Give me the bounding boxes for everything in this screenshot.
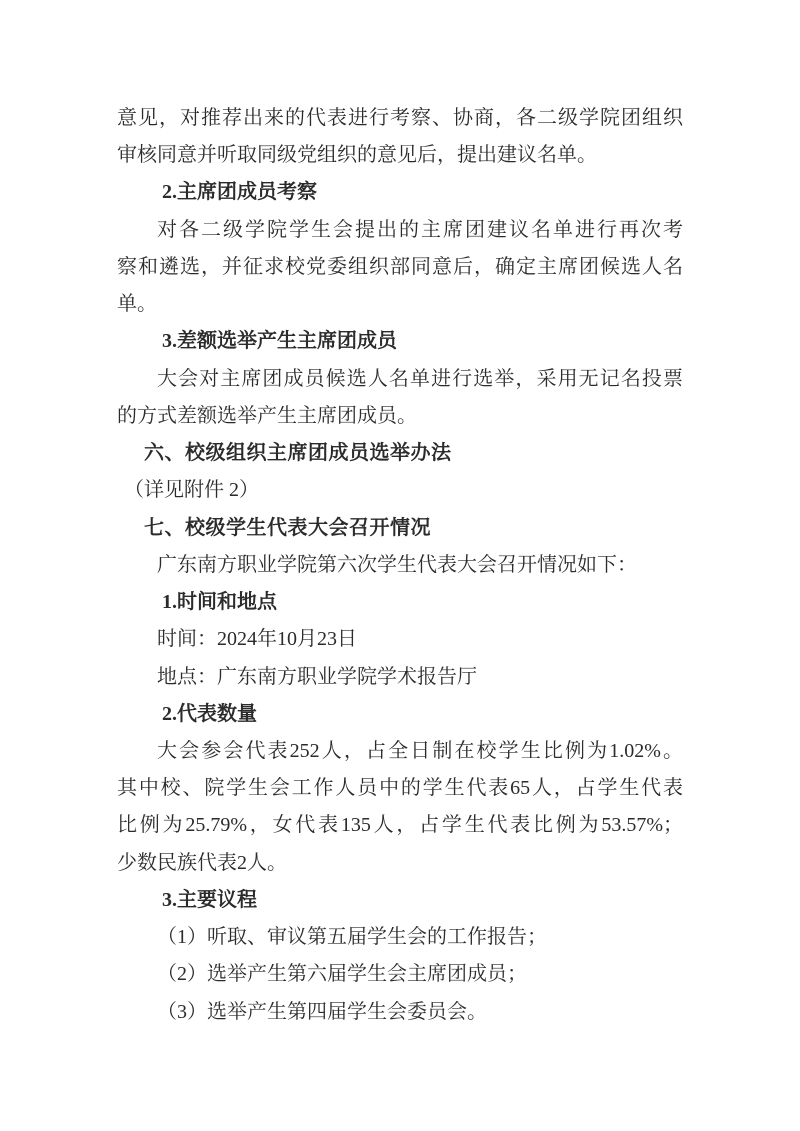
body-text-line: 的方式差额选举产生主席团成员。: [117, 398, 683, 435]
document-page: 意见，对推荐出来的代表进行考察、协商，各二级学院团组织审核同意并听取同级党组织的…: [0, 0, 800, 1131]
subsection-heading: 3.差额选举产生主席团成员: [117, 323, 683, 360]
body-text-line: 其中校、院学生会工作人员中的学生代表65人，占学生代表: [117, 770, 683, 807]
body-text-line: 察和遴选，并征求校党委组织部同意后，确定主席团候选人名: [117, 249, 683, 286]
body-text-line: 大会参会代表252人，占全日制在校学生比例为1.02%。: [117, 733, 683, 770]
body-text-line: 对各二级学院学生会提出的主席团建议名单进行再次考: [117, 212, 683, 249]
subsection-heading: 1.时间和地点: [117, 584, 683, 621]
subsection-heading: 3.主要议程: [117, 882, 683, 919]
body-text-line: 审核同意并听取同级党组织的意见后，提出建议名单。: [117, 137, 683, 174]
body-text-line: 时间：2024年10月23日: [117, 621, 683, 658]
section-heading: 六、校级组织主席团成员选举办法: [117, 435, 683, 472]
body-text-line: 单。: [117, 286, 683, 323]
body-text-line: （1）听取、审议第五届学生会的工作报告；: [117, 919, 683, 956]
body-text-line: （2）选举产生第六届学生会主席团成员；: [117, 956, 683, 993]
section-heading: 七、校级学生代表大会召开情况: [117, 510, 683, 547]
body-text-line: 少数民族代表2人。: [117, 845, 683, 882]
body-text-line: 广东南方职业学院第六次学生代表大会召开情况如下：: [117, 547, 683, 584]
document-body: 意见，对推荐出来的代表进行考察、协商，各二级学院团组织审核同意并听取同级党组织的…: [0, 0, 800, 1031]
attachment-note: （详见附件 2）: [117, 472, 683, 509]
subsection-heading: 2.代表数量: [117, 696, 683, 733]
subsection-heading: 2.主席团成员考察: [117, 174, 683, 211]
body-text-line: 地点：广东南方职业学院学术报告厅: [117, 659, 683, 696]
body-text-line: 意见，对推荐出来的代表进行考察、协商，各二级学院团组织: [117, 100, 683, 137]
body-text-line: 大会对主席团成员候选人名单进行选举，采用无记名投票: [117, 361, 683, 398]
body-text-line: 比例为25.79%，女代表135人，占学生代表比例为53.57%；: [117, 807, 683, 844]
body-text-line: （3）选举产生第四届学生会委员会。: [117, 994, 683, 1031]
